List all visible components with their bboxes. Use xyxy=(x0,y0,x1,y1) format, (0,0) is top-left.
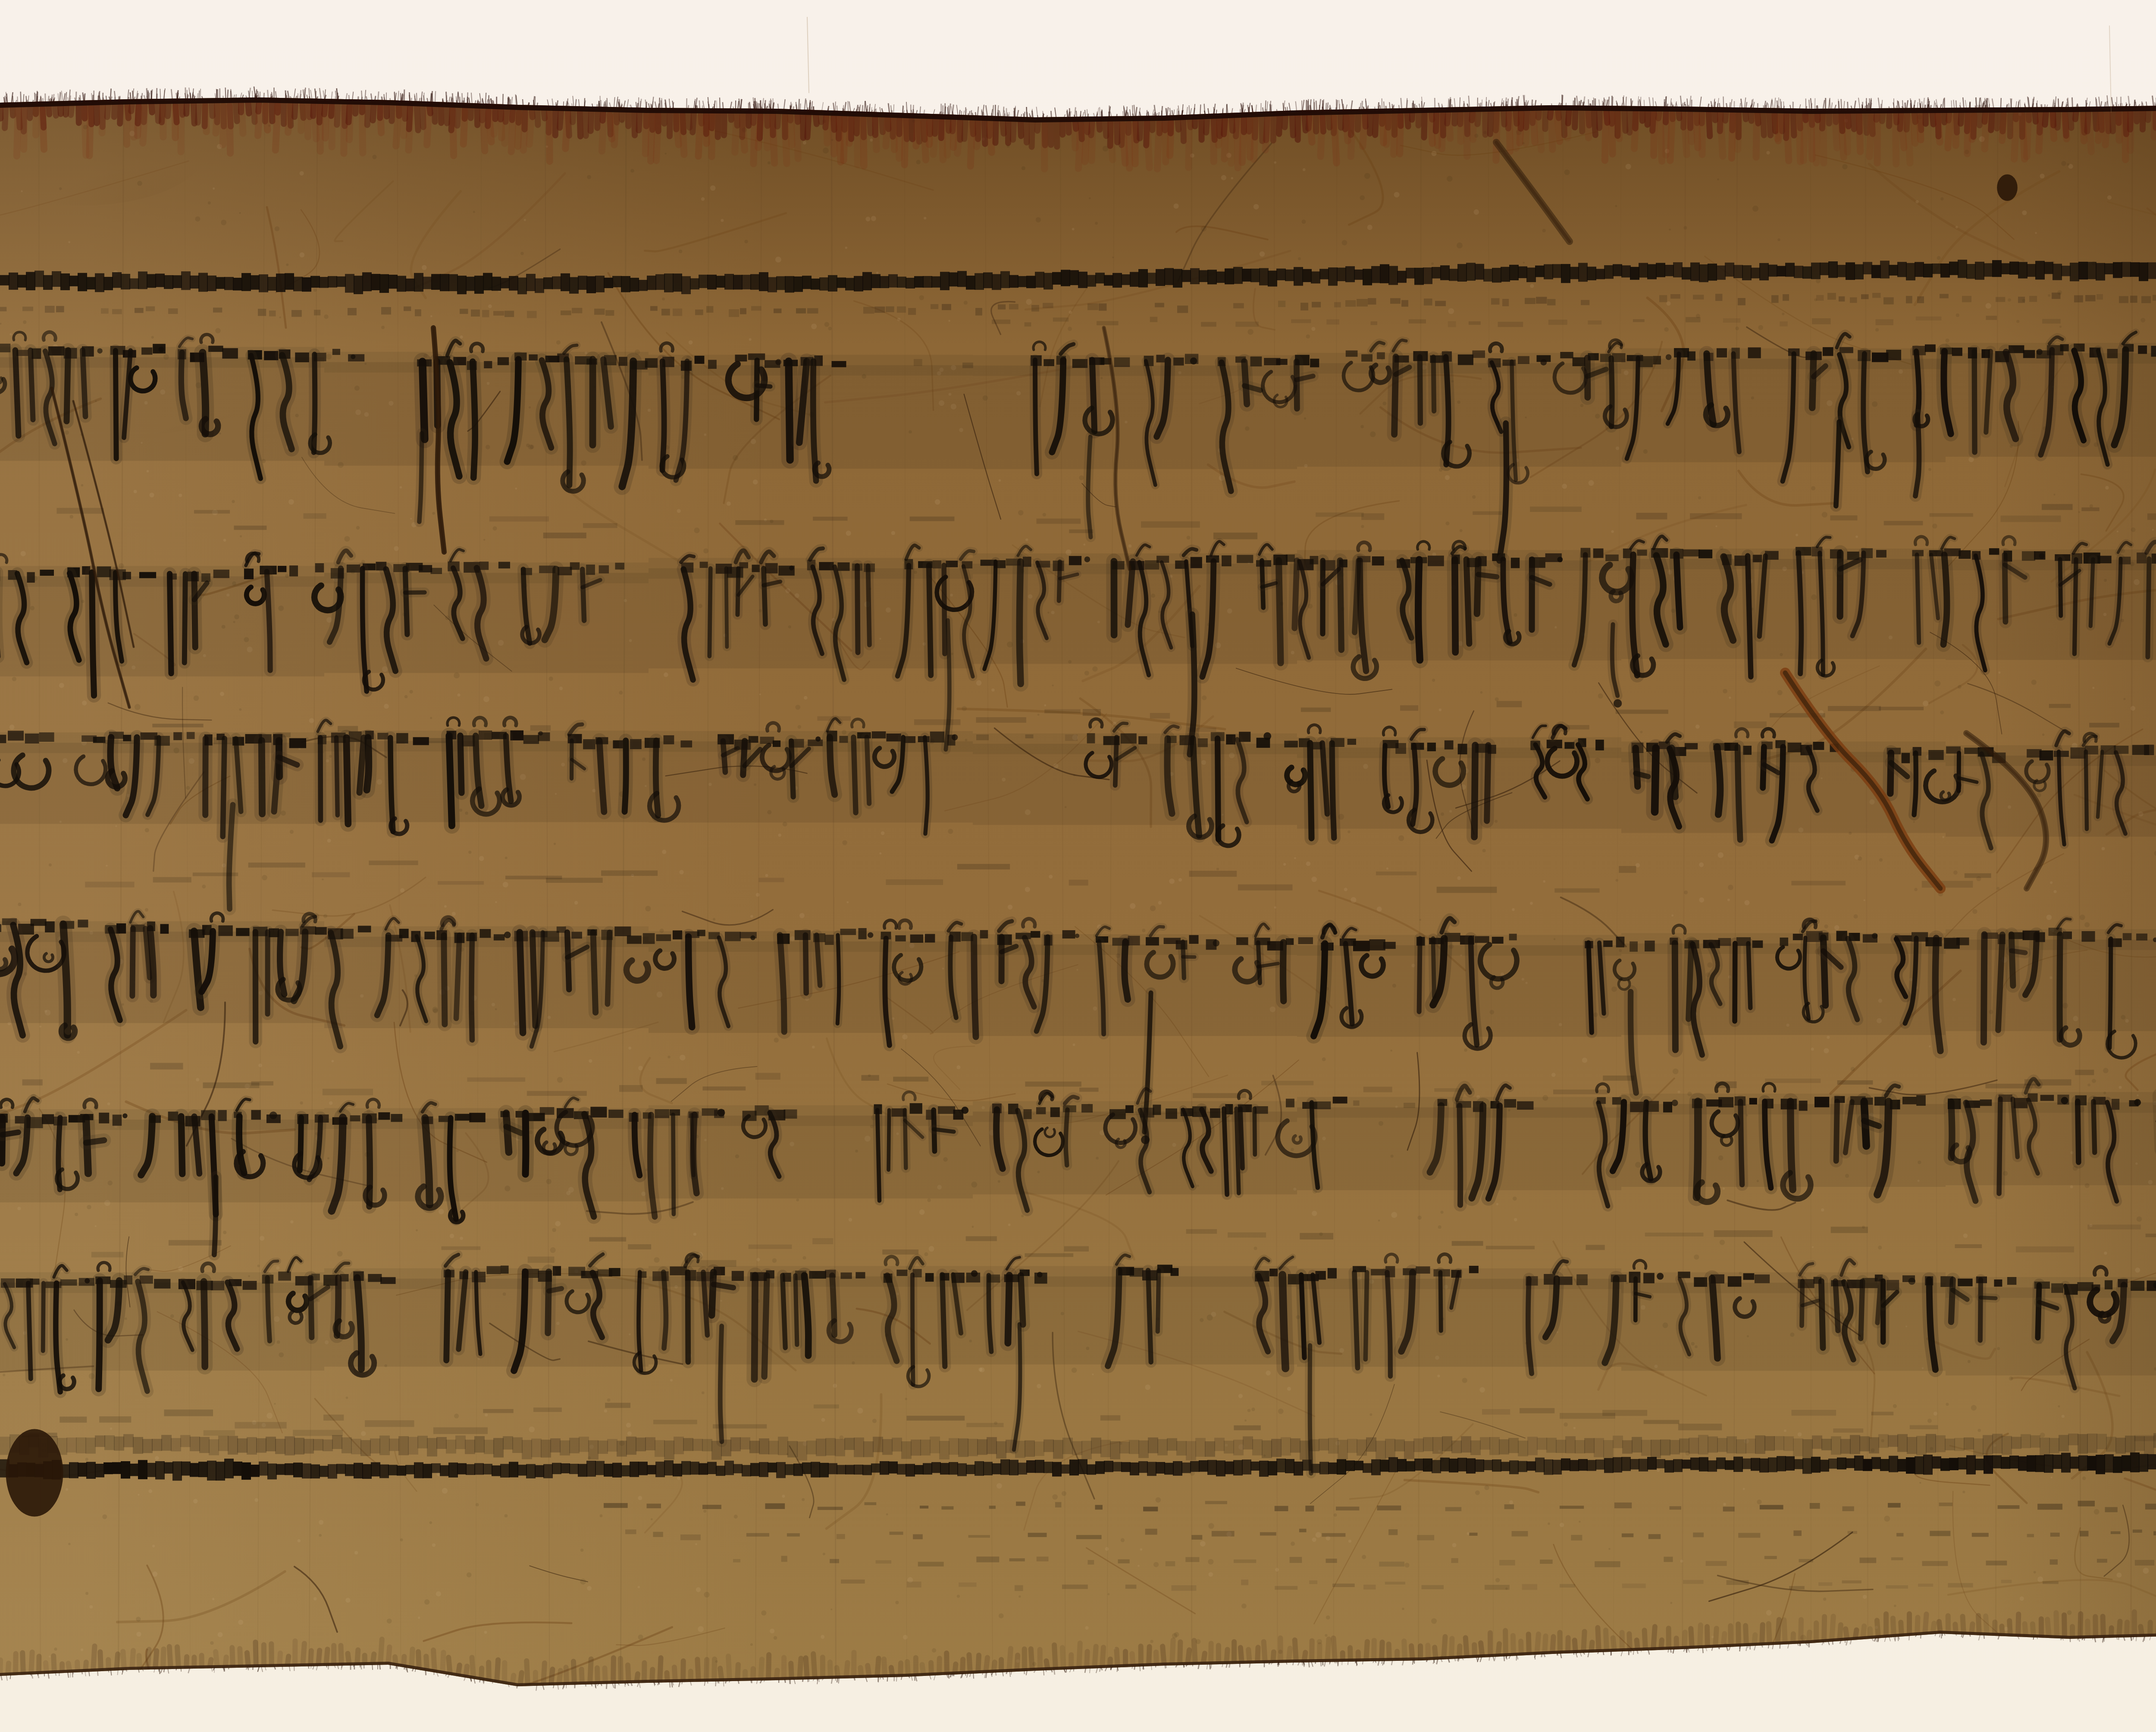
manuscript-photo-canvas xyxy=(0,0,2156,1732)
manuscript-photo xyxy=(0,0,2156,1732)
